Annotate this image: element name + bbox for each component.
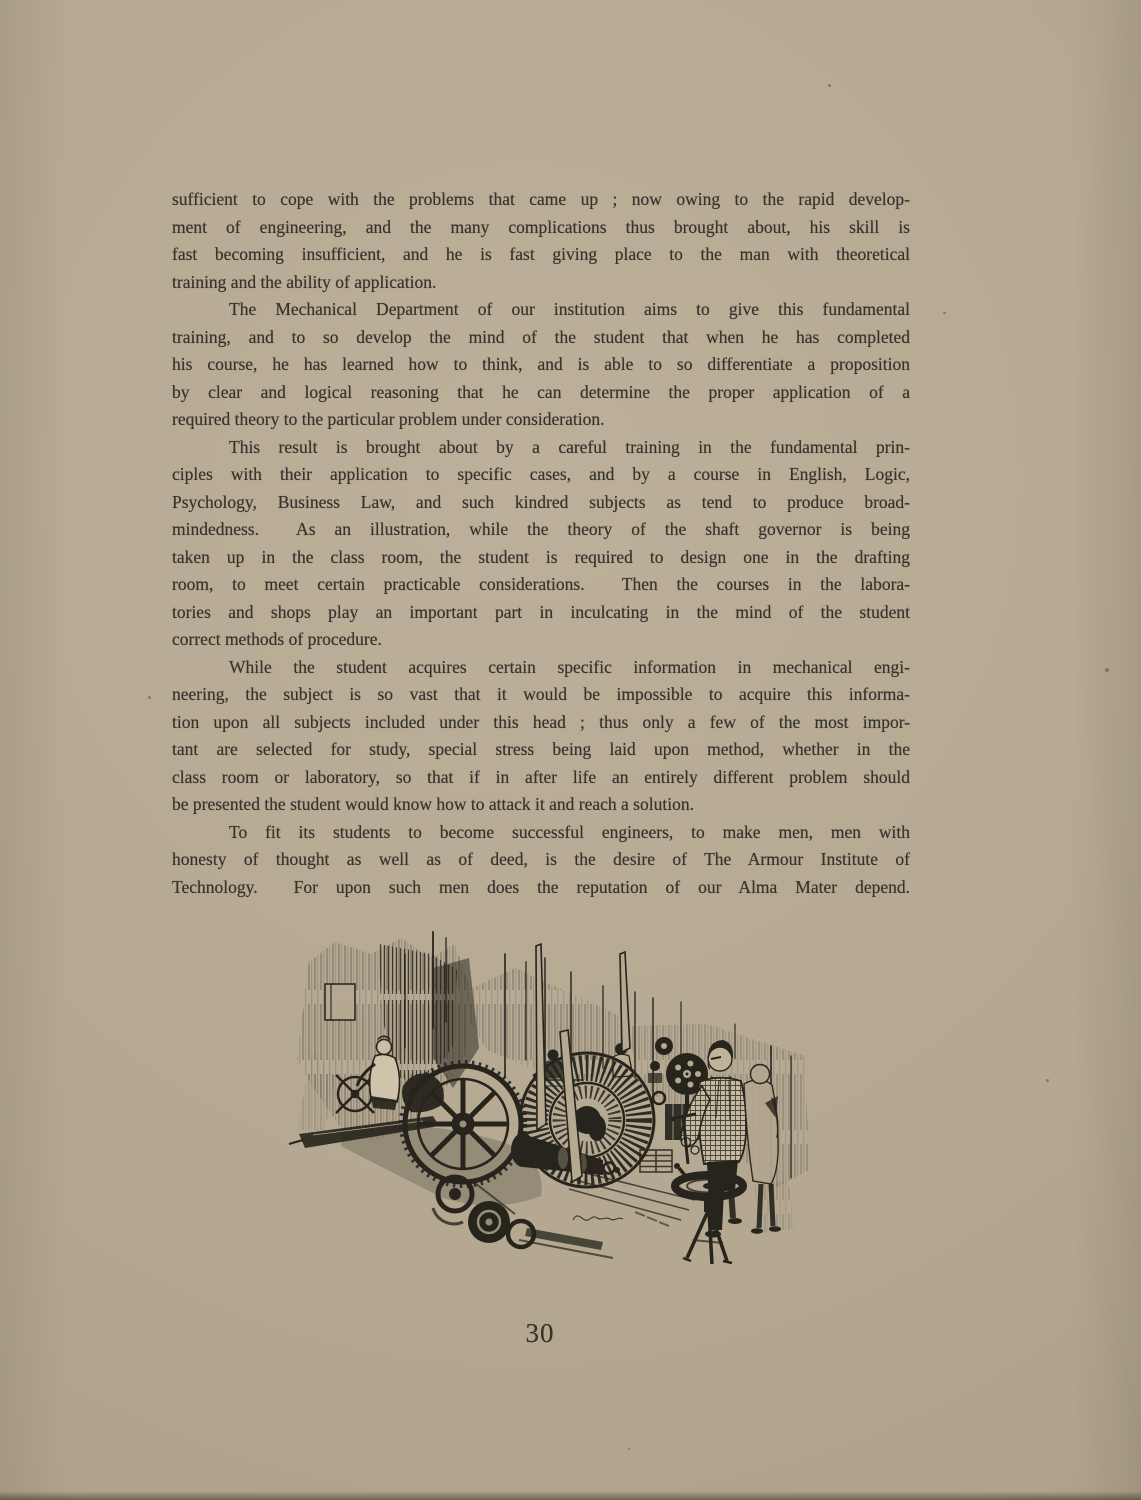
text-line: by clear and logical reasoning that he c… [172, 379, 910, 407]
text-line: correct methods of procedure. [172, 626, 910, 654]
paragraph: The Mechanical Department of our institu… [172, 296, 910, 434]
text-line: training and the ability of application. [172, 269, 910, 297]
page-number: 30 [440, 1318, 640, 1349]
text-line: To fit its students to become successful… [172, 819, 910, 847]
text-line: required theory to the particular proble… [172, 406, 910, 434]
paper-speck [1046, 1079, 1049, 1082]
text-line: Psychology, Business Law, and such kindr… [172, 489, 910, 517]
text-line: honesty of thought as well as of deed, i… [172, 846, 910, 874]
artist-signature [573, 1216, 623, 1220]
paper-speck [148, 696, 151, 699]
text-line: room, to meet certain practicable consid… [172, 571, 910, 599]
text-line: ment of engineering, and the many compli… [172, 214, 910, 242]
paragraph: This result is brought about by a carefu… [172, 434, 910, 654]
paper-speck [1105, 668, 1109, 672]
text-line: tories and shops play an important part … [172, 599, 910, 627]
text-line: mindedness. As an illustration, while th… [172, 516, 910, 544]
text-line: be presented the student would know how … [172, 791, 910, 819]
text-line: This result is brought about by a carefu… [172, 434, 910, 462]
machine-shop-illustration [283, 928, 813, 1268]
text-line: Technology. For upon such men does the r… [172, 874, 910, 902]
text-line: neering, the subject is so vast that it … [172, 681, 910, 709]
paragraph: sufficient to cope with the problems tha… [172, 186, 910, 296]
text-line: tant are selected for study, special str… [172, 736, 910, 764]
text-line: The Mechanical Department of our institu… [172, 296, 910, 324]
paper-speck [943, 312, 946, 314]
text-line: training, and to so develop the mind of … [172, 324, 910, 352]
paragraph: While the student acquires certain speci… [172, 654, 910, 819]
paper-speck [628, 1448, 630, 1450]
text-line: While the student acquires certain speci… [172, 654, 910, 682]
text-line: sufficient to cope with the problems tha… [172, 186, 910, 214]
text-line: fast becoming insufficient, and he is fa… [172, 241, 910, 269]
paper-speck [828, 84, 831, 87]
text-line: his course, he has learned how to think,… [172, 351, 910, 379]
text-line: class room or laboratory, so that if in … [172, 764, 910, 792]
paragraph: To fit its students to become successful… [172, 819, 910, 902]
book-page: sufficient to cope with the problems tha… [0, 0, 1141, 1500]
text-line: taken up in the class room, the student … [172, 544, 910, 572]
text-block: sufficient to cope with the problems tha… [172, 186, 910, 901]
text-line: tion upon all subjects included under th… [172, 709, 910, 737]
text-line: ciples with their application to specifi… [172, 461, 910, 489]
